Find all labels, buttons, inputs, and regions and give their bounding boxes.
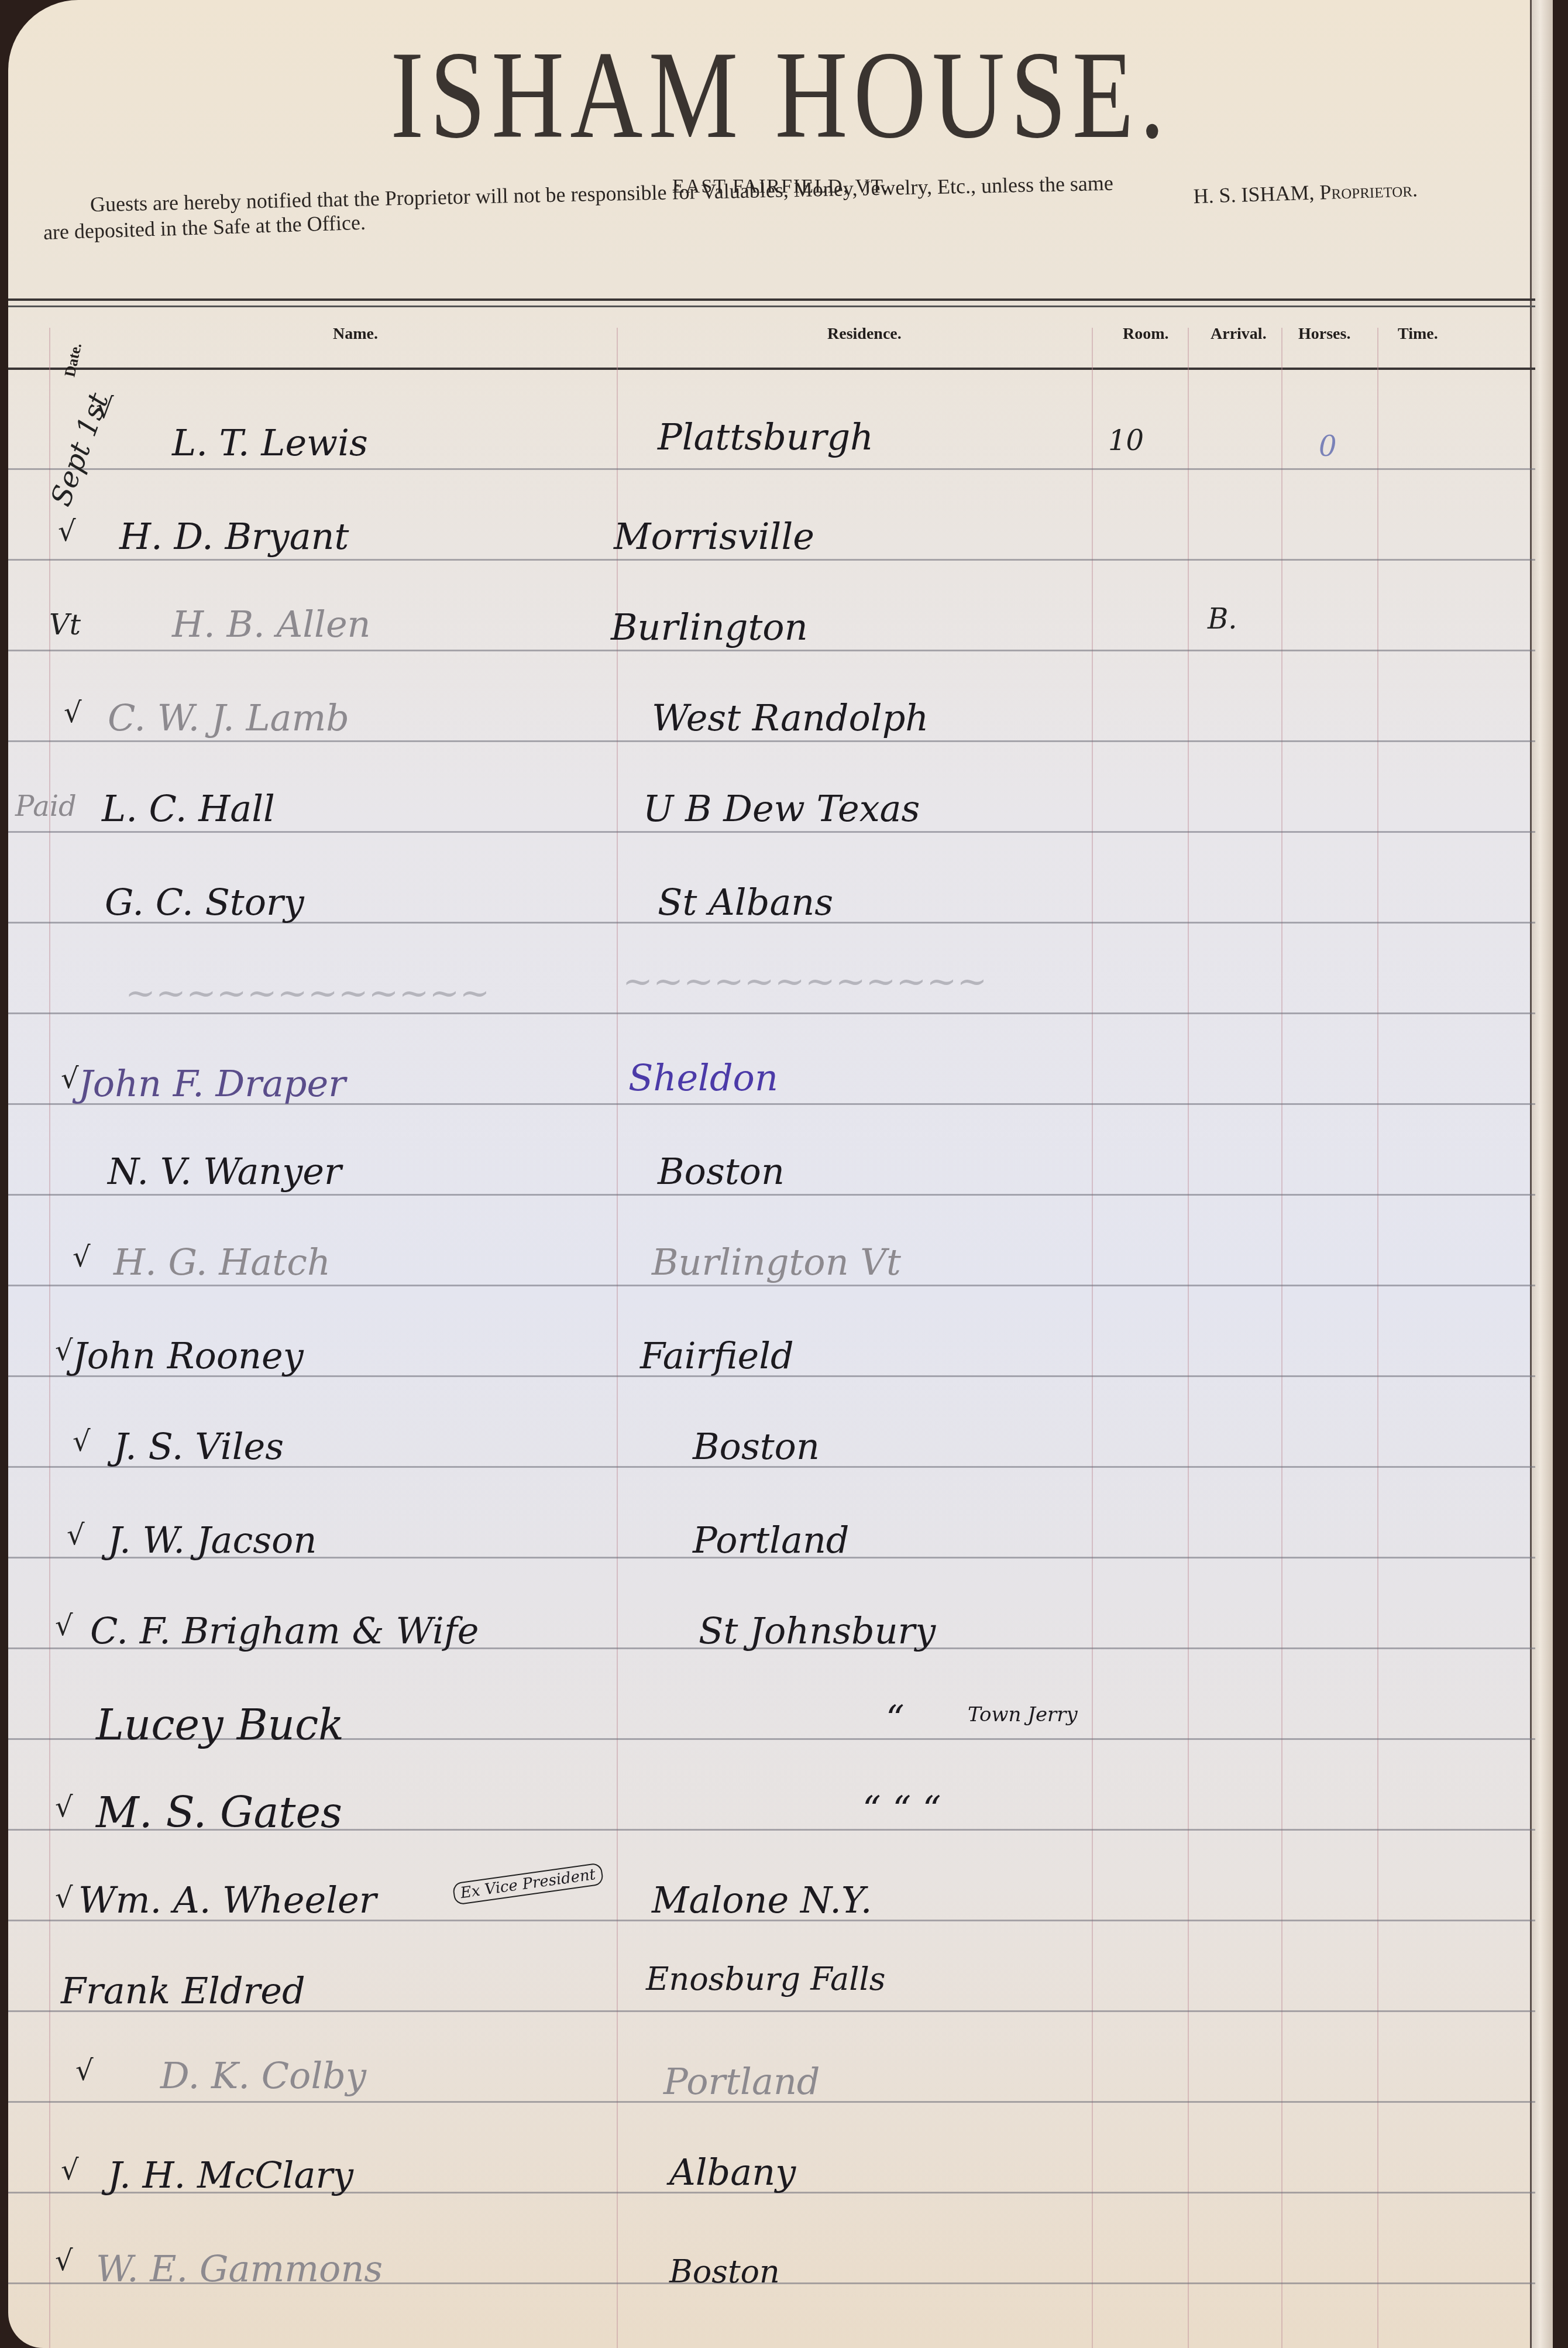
check-mark: √: [55, 1882, 73, 1914]
guest-residence: U B Dew Texas: [643, 787, 920, 830]
guest-residence: West Randolph: [652, 696, 929, 739]
guest-name: D. K. Colby: [160, 2054, 366, 2097]
column-header-time: Time.: [1398, 325, 1438, 344]
guest-residence: Enosburg Falls: [646, 1961, 886, 1997]
safe-notice: Guests are hereby notified that the Prop…: [43, 192, 1506, 246]
guest-name: John Rooney: [73, 1334, 304, 1377]
row-line: [8, 740, 1535, 742]
column-header-room: Room.: [1123, 325, 1169, 344]
guest-name: H. G. Hatch: [114, 1241, 331, 1283]
check-mark: √: [55, 1791, 73, 1824]
guest-residence: Portland: [693, 1519, 850, 1561]
check-mark: √: [67, 1519, 85, 1551]
check-mark: √: [55, 2244, 73, 2277]
guest-name: H. D. Bryant: [119, 515, 349, 558]
guest-annotation: Ex Vice President: [452, 1862, 604, 1905]
guest-name: John F. Draper: [78, 1062, 346, 1105]
guest-name: L. C. Hall: [102, 787, 275, 830]
room-number: 10: [1108, 424, 1144, 457]
guest-residence: Portland: [663, 2060, 820, 2103]
guest-residence: St Albans: [658, 881, 833, 924]
guest-name: Lucey Buck: [96, 1700, 344, 1749]
guest-residence: Boston: [658, 1150, 785, 1193]
check-mark: √: [61, 2154, 79, 2186]
row-line: [8, 1285, 1535, 1286]
guest-residence: St Johnsbury: [699, 1609, 936, 1652]
guest-residence: Burlington: [611, 606, 808, 648]
guest-residence: Plattsburgh: [658, 416, 874, 458]
column-divider: [1377, 328, 1378, 2348]
check-mark: √: [75, 2054, 94, 2087]
check-mark: √: [96, 392, 114, 425]
guest-note: Town Jerry: [968, 1703, 1078, 1726]
check-mark: √: [73, 1241, 91, 1273]
guest-name: J. H. McClary: [108, 2154, 353, 2196]
bleed-through-name: ~~~~~~~~~~~~: [125, 972, 490, 1014]
guest-residence: “: [886, 1697, 905, 1740]
horses-value: 0: [1319, 430, 1337, 463]
register-page: ISHAM HOUSE. EAST FAIRFIELD, VT. Guests …: [8, 0, 1553, 2348]
guest-name: C. F. Brigham & Wife: [90, 1609, 479, 1652]
check-mark: √: [55, 1609, 73, 1642]
arrival-value: B.: [1208, 603, 1237, 636]
guest-residence: “ “ “: [862, 1788, 941, 1831]
column-header-date: Date.: [61, 341, 85, 378]
check-mark: √: [58, 515, 76, 548]
column-header-residence: Residence.: [827, 325, 902, 344]
column-header-horses: Horses.: [1298, 325, 1350, 344]
check-mark: √: [55, 1334, 73, 1367]
guest-residence: Boston: [669, 2253, 780, 2290]
check-mark: √: [64, 696, 82, 729]
paid-mark: Paid: [15, 790, 77, 823]
bleed-through-residence: ~~~~~~~~~~~~: [623, 960, 987, 1003]
check-mark: √: [73, 1425, 91, 1458]
page-title: ISHAM HOUSE.: [8, 23, 1553, 167]
header-rule-top: [8, 298, 1535, 301]
guest-name: N. V. Wanyer: [108, 1150, 342, 1193]
guest-residence: Burlington Vt: [652, 1241, 901, 1283]
guest-name: G. C. Story: [105, 881, 304, 924]
guest-name: M. S. Gates: [96, 1788, 342, 1837]
guest-residence: Boston: [693, 1425, 820, 1468]
guest-residence: Fairfield: [640, 1334, 794, 1377]
header-rule-top-2: [8, 305, 1535, 307]
state-mark: Vt: [49, 609, 81, 641]
header-rule-bottom: [8, 368, 1535, 370]
guest-residence: Albany: [669, 2151, 796, 2193]
row-line: [8, 559, 1535, 561]
column-header-arrival: Arrival.: [1211, 325, 1267, 344]
guest-name: L. T. Lewis: [172, 421, 368, 464]
column-divider: [1281, 328, 1282, 2348]
guest-residence: Sheldon: [628, 1056, 778, 1099]
column-divider: [1092, 328, 1093, 2348]
guest-name: J. W. Jacson: [108, 1519, 317, 1561]
guest-residence: Morrisville: [614, 515, 814, 558]
guest-residence: Malone N.Y.: [652, 1879, 872, 1921]
row-line: [8, 650, 1535, 651]
page-edge: [1530, 0, 1553, 2348]
row-line: [8, 1194, 1535, 1196]
guest-name: W. E. Gammons: [96, 2247, 383, 2290]
column-divider: [1188, 328, 1189, 2348]
row-line: [8, 831, 1535, 833]
check-mark: √: [61, 1062, 79, 1095]
row-line: [8, 468, 1535, 470]
column-header-name: Name.: [333, 325, 378, 344]
guest-name: Wm. A. Wheeler: [78, 1879, 376, 1921]
guest-name: C. W. J. Lamb: [108, 696, 349, 739]
guest-name: J. S. Viles: [114, 1425, 284, 1468]
guest-name: H. B. Allen: [172, 603, 371, 646]
guest-name: Frank Eldred: [61, 1969, 305, 2012]
